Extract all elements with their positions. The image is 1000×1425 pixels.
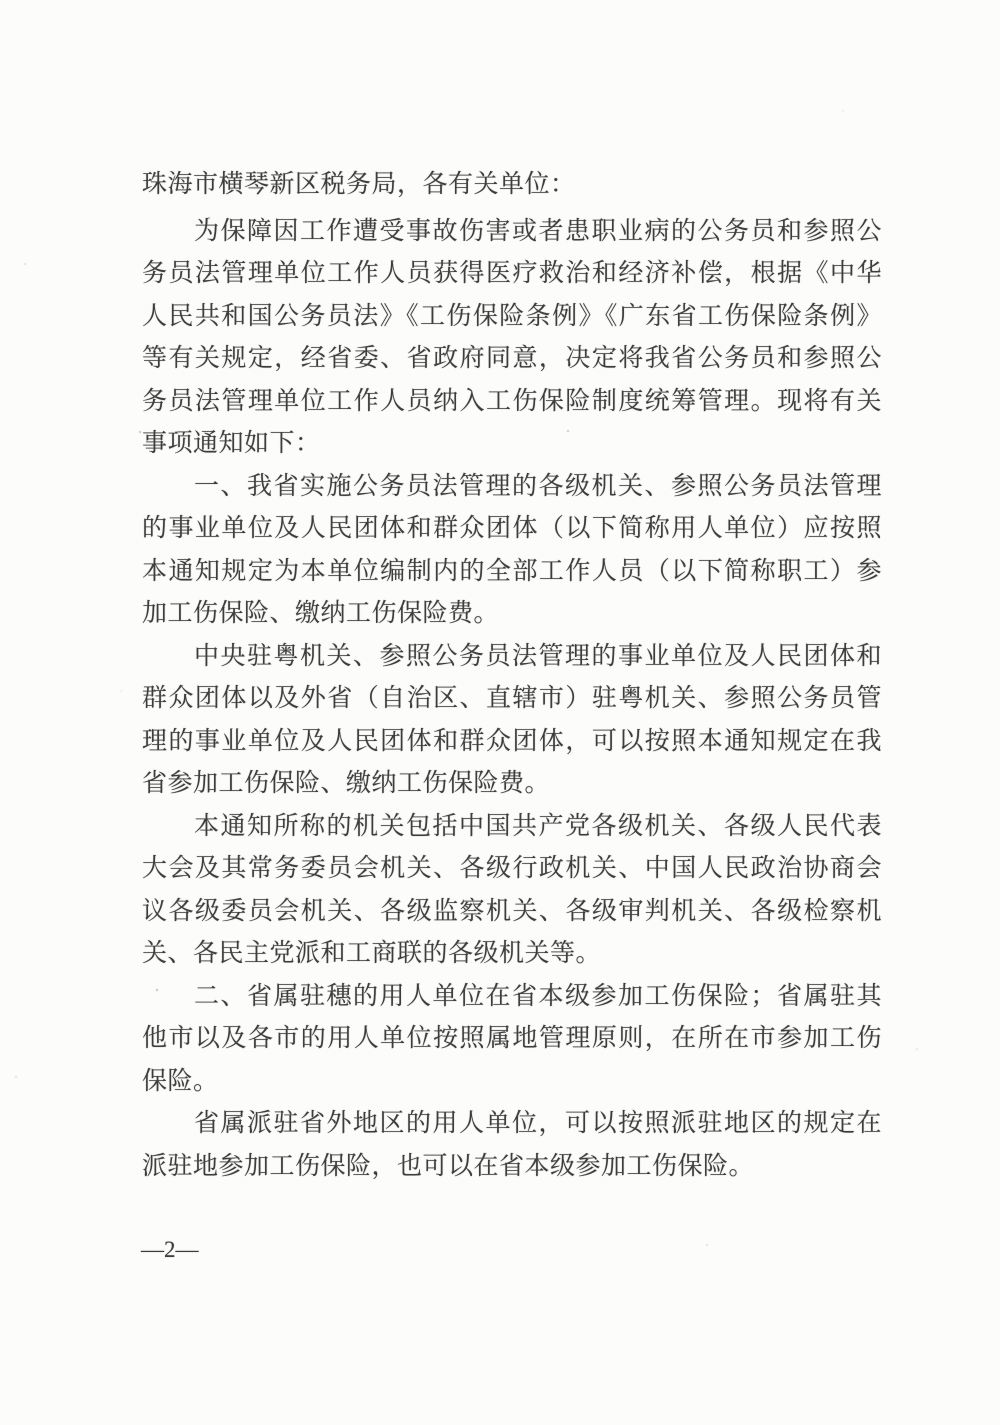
text-line: 派驻地参加工伤保险，也可以在省本级参加工伤保险。 bbox=[142, 1146, 882, 1189]
page-number: —2— bbox=[141, 1236, 199, 1264]
text-line: 保险。 bbox=[142, 1061, 882, 1104]
text-line: 的事业单位及人民团体和群众团体（以下简称用人单位）应按照 bbox=[142, 508, 882, 551]
text-line: 群众团体以及外省（自治区、直辖市）驻粤机关、参照公务员管 bbox=[142, 678, 882, 721]
paragraph: 中央驻粤机关、参照公务员法管理的事业单位及人民团体和群众团体以及外省（自治区、直… bbox=[142, 636, 882, 806]
text-line: 人民共和国公务员法》《工伤保险条例》《广东省工伤保险条例》 bbox=[142, 296, 882, 339]
paragraph: 省属派驻省外地区的用人单位，可以按照派驻地区的规定在派驻地参加工伤保险，也可以在… bbox=[142, 1103, 882, 1188]
text-line: 省参加工伤保险、缴纳工伤保险费。 bbox=[142, 763, 882, 806]
text-line: 二、省属驻穗的用人单位在省本级参加工伤保险；省属驻其 bbox=[142, 976, 882, 1019]
text-line: 务员法管理单位工作人员纳入工伤保险制度统筹管理。现将有关 bbox=[142, 381, 882, 424]
paragraph: 一、我省实施公务员法管理的各级机关、参照公务员法管理的事业单位及人民团体和群众团… bbox=[142, 466, 882, 636]
text-line: 大会及其常务委员会机关、各级行政机关、中国人民政治协商会 bbox=[142, 848, 882, 891]
text-line: 理的事业单位及人民团体和群众团体，可以按照本通知规定在我 bbox=[142, 721, 882, 764]
text-line: 本通知规定为本单位编制内的全部工作人员（以下简称职工）参 bbox=[142, 551, 882, 594]
text-line: 珠海市横琴新区税务局，各有关单位： bbox=[142, 164, 882, 207]
text-line: 议各级委员会机关、各级监察机关、各级审判机关、各级检察机 bbox=[142, 891, 882, 934]
paragraph: 本通知所称的机关包括中国共产党各级机关、各级人民代表大会及其常务委员会机关、各级… bbox=[142, 806, 882, 976]
document-body: 珠海市横琴新区税务局，各有关单位：为保障因工作遭受事故伤害或者患职业病的公务员和… bbox=[142, 164, 882, 1188]
paragraph: 二、省属驻穗的用人单位在省本级参加工伤保险；省属驻其他市以及各市的用人单位按照属… bbox=[142, 976, 882, 1104]
text-line: 省属派驻省外地区的用人单位，可以按照派驻地区的规定在 bbox=[142, 1103, 882, 1146]
text-line: 中央驻粤机关、参照公务员法管理的事业单位及人民团体和 bbox=[142, 636, 882, 679]
text-line: 为保障因工作遭受事故伤害或者患职业病的公务员和参照公 bbox=[142, 211, 882, 254]
text-line: 他市以及各市的用人单位按照属地管理原则，在所在市参加工伤 bbox=[142, 1018, 882, 1061]
text-line: 务员法管理单位工作人员获得医疗救治和经济补偿，根据《中华 bbox=[142, 253, 882, 296]
scan-noise bbox=[0, 0, 2, 2]
text-line: 本通知所称的机关包括中国共产党各级机关、各级人民代表 bbox=[142, 806, 882, 849]
text-line: 关、各民主党派和工商联的各级机关等。 bbox=[142, 933, 882, 976]
paragraph: 为保障因工作遭受事故伤害或者患职业病的公务员和参照公务员法管理单位工作人员获得医… bbox=[142, 211, 882, 466]
text-line: 等有关规定，经省委、省政府同意，决定将我省公务员和参照公 bbox=[142, 338, 882, 381]
text-line: 一、我省实施公务员法管理的各级机关、参照公务员法管理 bbox=[142, 466, 882, 509]
text-line: 事项通知如下： bbox=[142, 423, 882, 466]
paragraph: 珠海市横琴新区税务局，各有关单位： bbox=[142, 164, 882, 207]
text-line: 加工伤保险、缴纳工伤保险费。 bbox=[142, 593, 882, 636]
scanned-document-page: 珠海市横琴新区税务局，各有关单位：为保障因工作遭受事故伤害或者患职业病的公务员和… bbox=[0, 0, 1000, 1425]
